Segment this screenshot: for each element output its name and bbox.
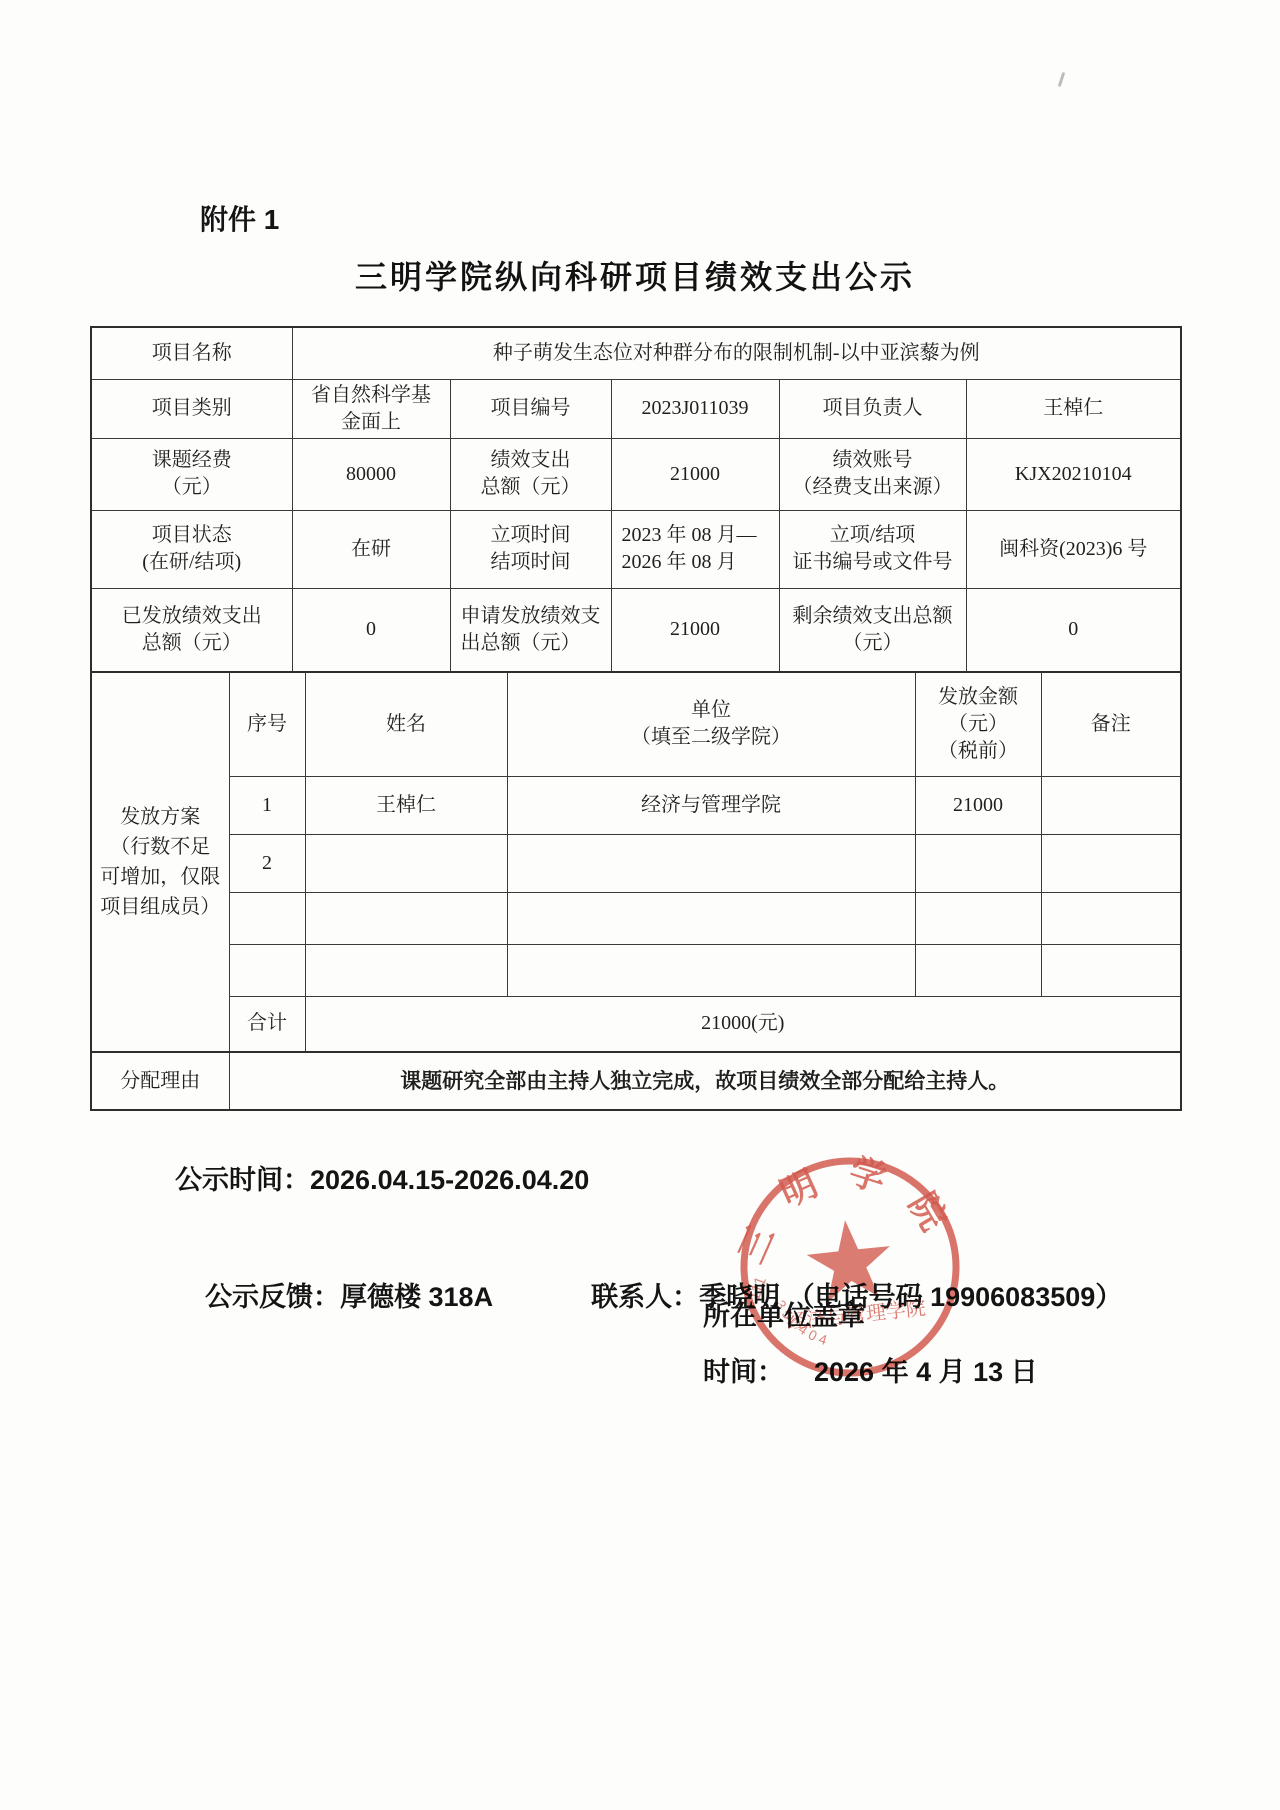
column-header-amount: 发放金额 （元） （税前） xyxy=(915,672,1041,776)
project-dates-value: 2023 年 08 月— 2026 年 08 月 xyxy=(611,510,779,588)
table-row: 项目名称 种子萌发生态位对种群分布的限制机制-以中亚滨藜为例 xyxy=(91,327,1181,379)
plan-row: 2 xyxy=(91,834,1181,892)
performance-account-label: 绩效账号 （经费支出来源） xyxy=(779,438,966,510)
remaining-performance-label: 剩余绩效支出总额 （元） xyxy=(779,588,966,672)
plan-row-unit xyxy=(507,834,915,892)
plan-row-name xyxy=(305,834,507,892)
attachment-label: 附件 1 xyxy=(200,198,279,238)
allocation-reason-value: 课题研究全部由主持人独立完成，故项目绩效全部分配给主持人。 xyxy=(229,1052,1181,1110)
plan-row-note xyxy=(1041,944,1181,996)
plan-row-note xyxy=(1041,776,1181,834)
scan-artifact xyxy=(1058,72,1065,87)
total-value: 21000(元) xyxy=(305,996,1181,1052)
table-row: 项目类别 省自然科学基 金面上 项目编号 2023J011039 项目负责人 王… xyxy=(91,379,1181,438)
performance-total-label: 绩效支出 总额（元） xyxy=(450,438,611,510)
project-funds-label: 课题经费 （元） xyxy=(91,438,292,510)
plan-row-amount: 21000 xyxy=(915,776,1041,834)
plan-row-note xyxy=(1041,892,1181,944)
table-row: 已发放绩效支出 总额（元） 0 申请发放绩效支 出总额（元） 21000 剩余绩… xyxy=(91,588,1181,672)
distribution-plan-table: 发放方案 （行数不足 可增加，仅限 项目组成员） 序号 姓名 单位 （填至二级学… xyxy=(90,671,1182,1053)
column-header-no: 序号 xyxy=(229,672,305,776)
stamp-star-icon xyxy=(803,1216,895,1304)
total-label: 合计 xyxy=(229,996,305,1052)
column-header-note: 备注 xyxy=(1041,672,1181,776)
column-header-name: 姓名 xyxy=(305,672,507,776)
page-title: 三明学院纵向科研项目绩效支出公示 xyxy=(90,252,1180,298)
project-leader-label: 项目负责人 xyxy=(779,379,966,438)
project-category-value: 省自然科学基 金面上 xyxy=(292,379,450,438)
allocation-reason-table: 分配理由 课题研究全部由主持人独立完成，故项目绩效全部分配给主持人。 xyxy=(90,1051,1182,1111)
plan-row-name: 王棹仁 xyxy=(305,776,507,834)
performance-total-value: 21000 xyxy=(611,438,779,510)
plan-row-name xyxy=(305,892,507,944)
project-number-value: 2023J011039 xyxy=(611,379,779,438)
plan-total-row: 合计 21000(元) xyxy=(91,996,1181,1052)
project-leader-value: 王棹仁 xyxy=(966,379,1181,438)
project-info-table: 项目名称 种子萌发生态位对种群分布的限制机制-以中亚滨藜为例 项目类别 省自然科… xyxy=(90,326,1182,673)
plan-row-amount xyxy=(915,892,1041,944)
plan-row-note xyxy=(1041,834,1181,892)
plan-row xyxy=(91,944,1181,996)
publicity-table: 项目名称 种子萌发生态位对种群分布的限制机制-以中亚滨藜为例 项目类别 省自然科… xyxy=(90,326,1180,1111)
table-row: 项目状态 (在研/结项) 在研 立项时间 结项时间 2023 年 08 月— 2… xyxy=(91,510,1181,588)
remaining-performance-value: 0 xyxy=(966,588,1181,672)
plan-header-row: 发放方案 （行数不足 可增加，仅限 项目组成员） 序号 姓名 单位 （填至二级学… xyxy=(91,672,1181,776)
official-seal-stamp: 三明学院 经济与管理学院 350404 111 xyxy=(721,1138,978,1395)
requested-performance-label: 申请发放绩效支 出总额（元） xyxy=(450,588,611,672)
plan-row-unit xyxy=(507,892,915,944)
publicity-period-line: 公示时间：2026.04.15-2026.04.20 xyxy=(175,1158,589,1197)
project-funds-value: 80000 xyxy=(292,438,450,510)
plan-row: 1 王棹仁 经济与管理学院 21000 xyxy=(91,776,1181,834)
paid-performance-value: 0 xyxy=(292,588,450,672)
plan-row xyxy=(91,892,1181,944)
plan-row-no: 1 xyxy=(229,776,305,834)
plan-row-no xyxy=(229,892,305,944)
plan-row-no xyxy=(229,944,305,996)
feedback-line: 公示反馈：厚德楼 318A联系人：季晓明 （电话号码 19906083509） xyxy=(175,1244,1122,1345)
allocation-reason-label: 分配理由 xyxy=(91,1052,229,1110)
project-status-label: 项目状态 (在研/结项) xyxy=(91,510,292,588)
paid-performance-label: 已发放绩效支出 总额（元） xyxy=(91,588,292,672)
column-header-unit: 单位 （填至二级学院） xyxy=(507,672,915,776)
project-number-label: 项目编号 xyxy=(450,379,611,438)
plan-row-unit xyxy=(507,944,915,996)
table-row: 课题经费 （元） 80000 绩效支出 总额（元） 21000 绩效账号 （经费… xyxy=(91,438,1181,510)
plan-row-unit: 经济与管理学院 xyxy=(507,776,915,834)
certificate-number-value: 闽科资(2023)6 号 xyxy=(966,510,1181,588)
certificate-number-label: 立项/结项 证书编号或文件号 xyxy=(779,510,966,588)
performance-account-value: KJX20210104 xyxy=(966,438,1181,510)
project-name-value: 种子萌发生态位对种群分布的限制机制-以中亚滨藜为例 xyxy=(292,327,1181,379)
stamp-side-mark: 111 xyxy=(746,1274,770,1303)
plan-row-amount xyxy=(915,944,1041,996)
requested-performance-value: 21000 xyxy=(611,588,779,672)
table-row: 分配理由 课题研究全部由主持人独立完成，故项目绩效全部分配给主持人。 xyxy=(91,1052,1181,1110)
project-category-label: 项目类别 xyxy=(91,379,292,438)
project-status-value: 在研 xyxy=(292,510,450,588)
plan-row-name xyxy=(305,944,507,996)
feedback-location: 公示反馈：厚德楼 318A xyxy=(205,1282,493,1312)
scanned-page: 附件 1 三明学院纵向科研项目绩效支出公示 项目名称 种子萌发生态位对种群分布的… xyxy=(0,0,1280,1810)
project-dates-label: 立项时间 结项时间 xyxy=(450,510,611,588)
plan-section-label: 发放方案 （行数不足 可增加，仅限 项目组成员） xyxy=(91,672,229,1052)
plan-row-no: 2 xyxy=(229,834,305,892)
project-name-label: 项目名称 xyxy=(91,327,292,379)
plan-row-amount xyxy=(915,834,1041,892)
